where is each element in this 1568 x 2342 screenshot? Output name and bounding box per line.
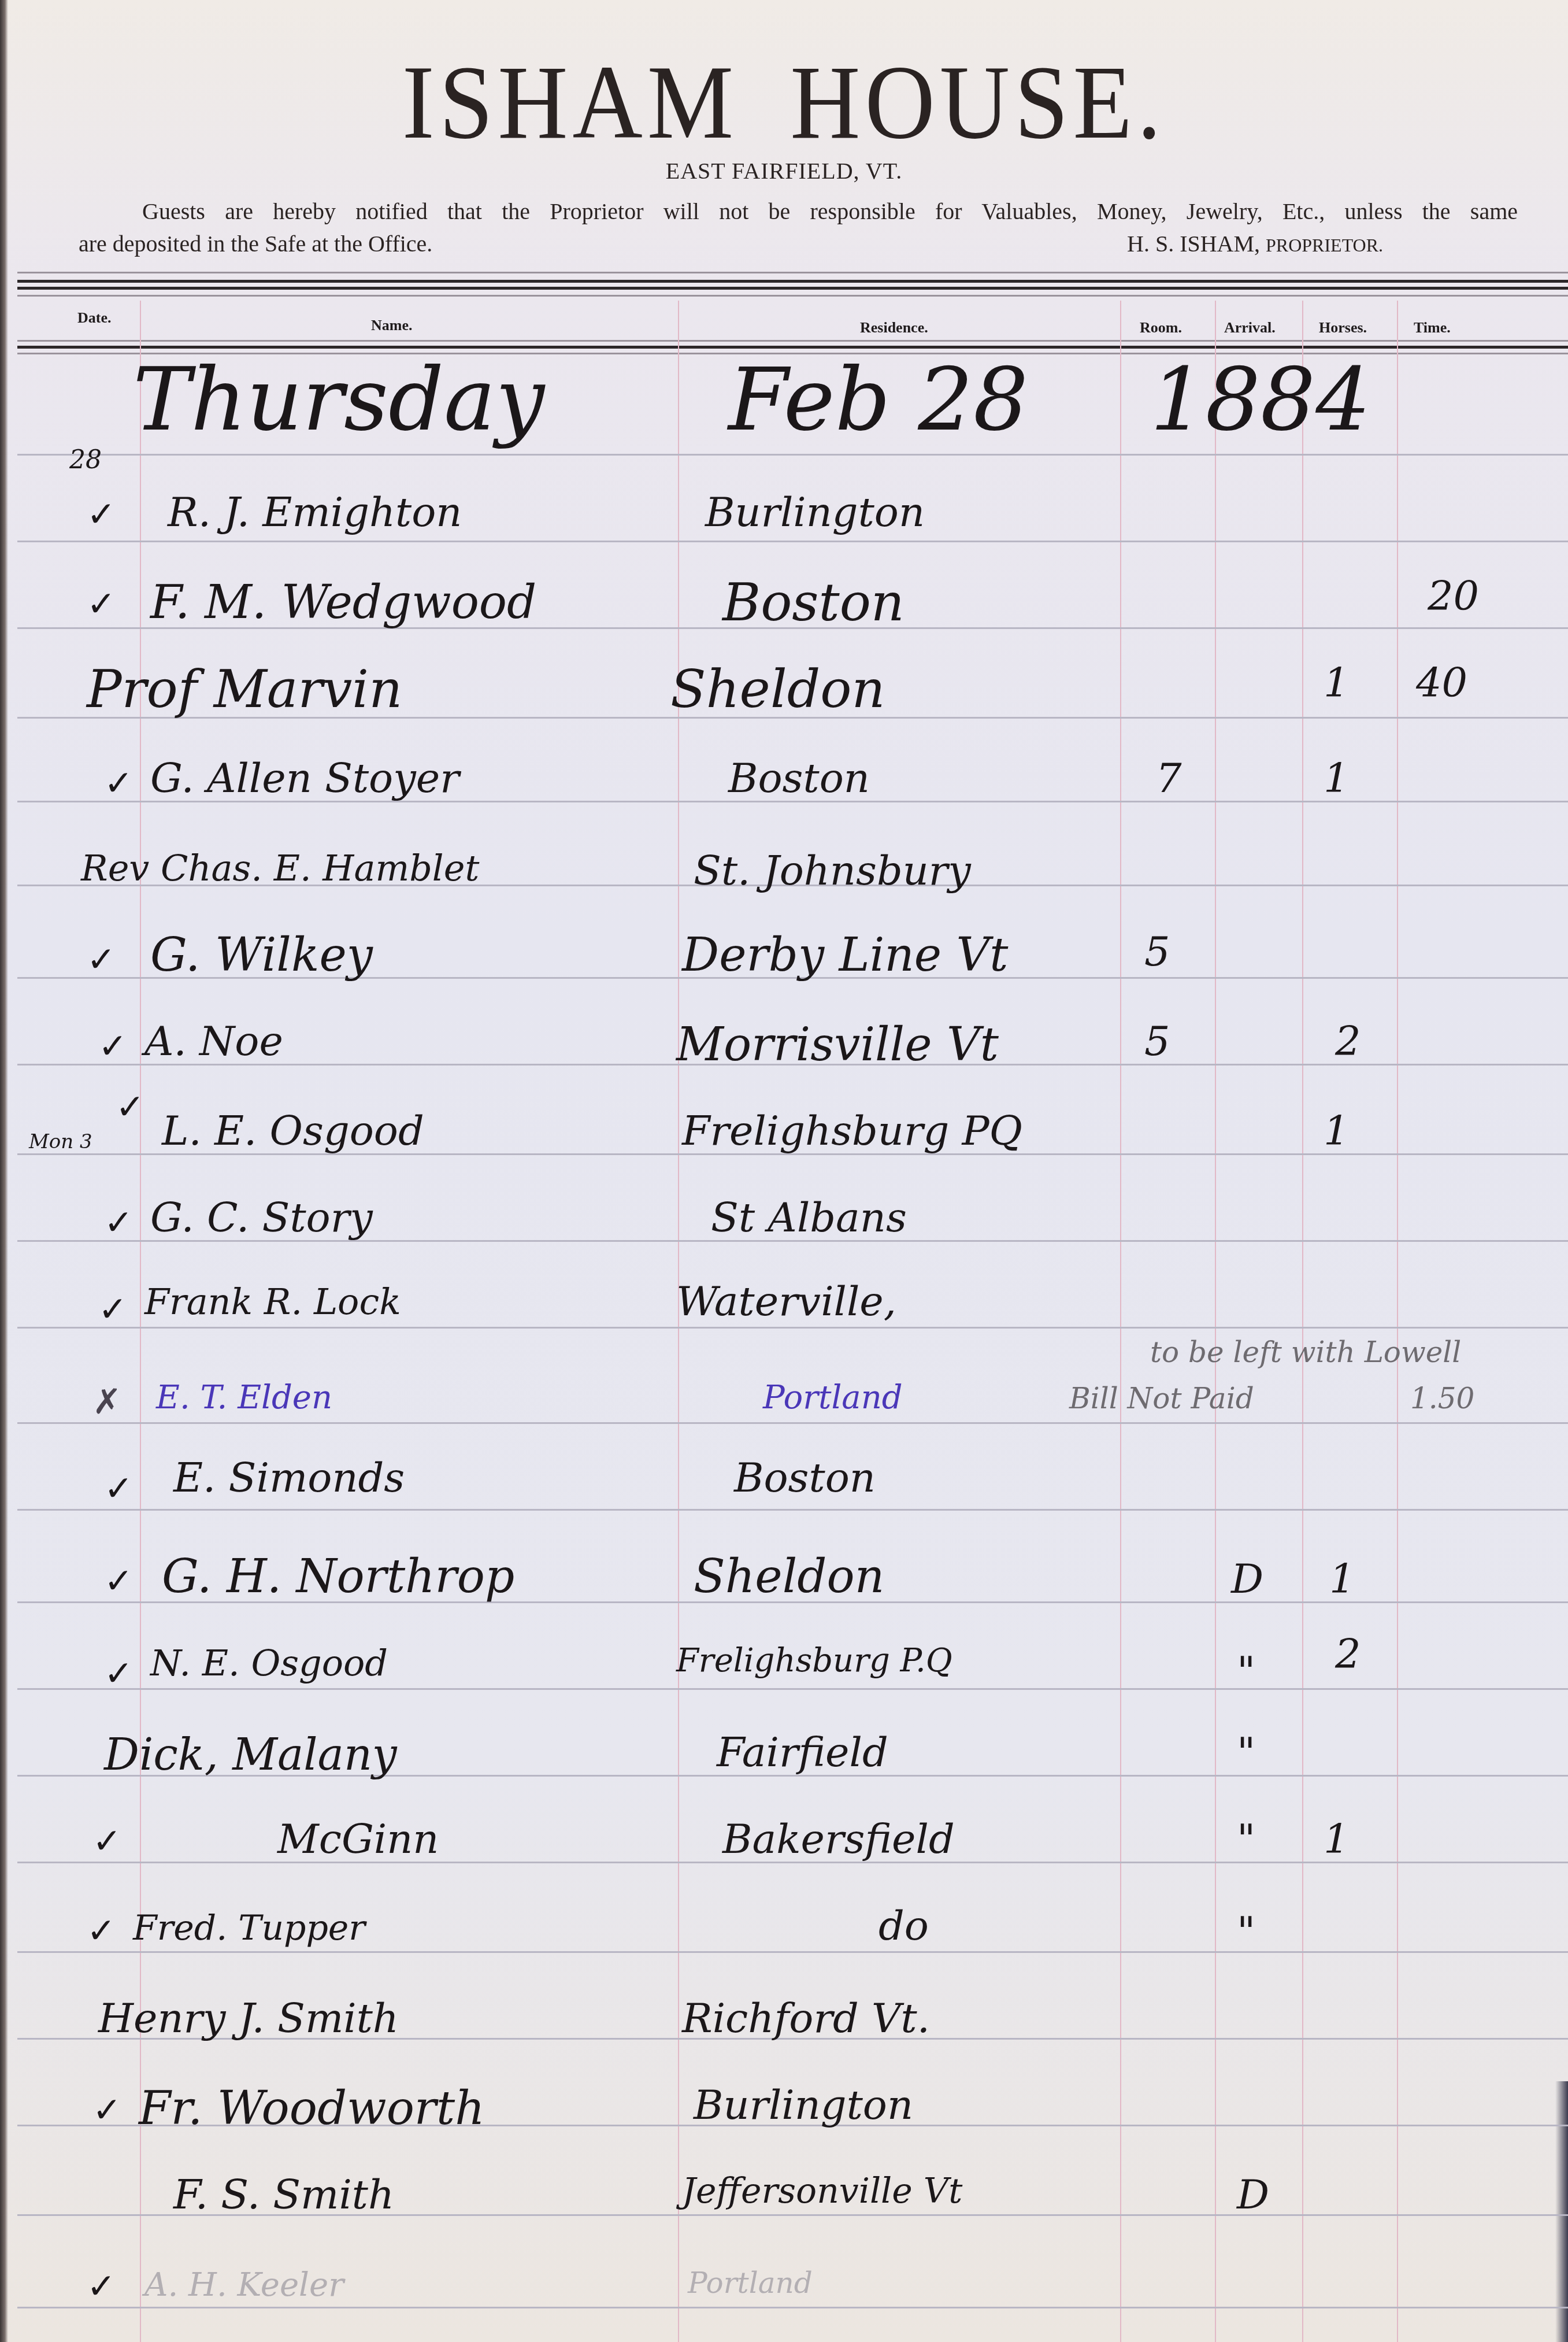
header-rule xyxy=(17,295,1568,297)
check-mark: ✓ xyxy=(92,2090,121,2130)
guest-name: E. T. Elden xyxy=(156,1379,332,1416)
notice-line-2: are deposited in the Safe at the Office. xyxy=(79,230,432,257)
guest-residence: Burlington xyxy=(694,2081,913,2129)
entry-date: Mon 3 xyxy=(29,1130,92,1153)
check-mark: ✓ xyxy=(87,939,116,980)
column-header-arrival: Arrival. xyxy=(1224,319,1276,336)
guest-residence: Jeffersonville Vt xyxy=(682,2171,962,2211)
guest-residence: Sheldon xyxy=(694,1549,884,1603)
guest-residence: Boston xyxy=(734,1454,876,1501)
guest-horses: 2 xyxy=(1335,1630,1361,1678)
check-mark: ✓ xyxy=(104,1653,133,1694)
guest-room: 5 xyxy=(1144,1018,1170,1065)
column-header-name: Name. xyxy=(371,317,412,334)
date-month-day: Feb 28 xyxy=(728,350,1028,450)
date-margin-note: 28 xyxy=(69,445,102,475)
date-year: 1884 xyxy=(1150,350,1371,450)
guest-residence: Boston xyxy=(722,572,905,633)
guest-room: 7 xyxy=(1156,754,1182,802)
column-header-residence: Residence. xyxy=(860,319,928,336)
guest-residence: Frelighsburg P.Q xyxy=(676,1642,952,1679)
guest-residence: Boston xyxy=(728,754,870,802)
guest-horses: 2 xyxy=(1335,1018,1361,1065)
guest-time: 40 xyxy=(1416,659,1467,706)
row-rule xyxy=(17,541,1568,542)
check-mark: ✓ xyxy=(104,1561,133,1601)
check-mark: ✓ xyxy=(87,584,116,624)
guest-arrival: " xyxy=(1237,1908,1255,1955)
guest-arrival: " xyxy=(1237,1648,1255,1695)
column-divider xyxy=(1397,301,1398,2342)
guest-name: Prof Marvin xyxy=(87,659,402,720)
cross-mark: ✗ xyxy=(92,1382,121,1422)
guest-name: G. Wilkey xyxy=(150,928,373,982)
hotel-register-page: ISHAMHOUSE. EAST FAIRFIELD, VT. Guests a… xyxy=(0,0,1568,2342)
check-mark: ✓ xyxy=(98,1026,127,1067)
row-rule xyxy=(17,1509,1568,1511)
column-header-rule xyxy=(17,346,1568,349)
guest-residence: Portland xyxy=(688,2266,813,2300)
guest-residence: Frelighsburg PQ xyxy=(682,1107,1022,1155)
column-header-date: Date. xyxy=(77,309,111,327)
guest-name: R. J. Emighton xyxy=(168,489,462,536)
guest-residence: Morrisville Vt xyxy=(676,1018,999,1071)
pencil-note-left-with: to be left with Lowell xyxy=(1150,1335,1461,1369)
column-divider xyxy=(1120,301,1121,2342)
guest-horses: 1 xyxy=(1324,1815,1350,1863)
proprietor-name: H. S. ISHAM, xyxy=(1127,231,1260,257)
header-rule xyxy=(17,280,1568,283)
check-mark: ✓ xyxy=(116,1087,144,1127)
guest-horses: 1 xyxy=(1329,1555,1355,1603)
column-divider xyxy=(1215,301,1216,2342)
guest-residence: Derby Line Vt xyxy=(682,928,1009,982)
check-mark: ✓ xyxy=(104,1203,133,1243)
check-mark: ✓ xyxy=(87,2266,116,2307)
guest-arrival: D xyxy=(1237,2171,1269,2218)
column-header-rule xyxy=(17,340,1568,342)
guest-name: E. Simonds xyxy=(173,1454,405,1501)
guest-name: G. C. Story xyxy=(150,1194,373,1241)
check-mark: ✓ xyxy=(87,494,116,535)
column-header-room: Room. xyxy=(1140,319,1182,336)
hotel-name-title: ISHAMHOUSE. xyxy=(0,43,1568,163)
column-divider xyxy=(1302,301,1303,2342)
guest-arrival: " xyxy=(1237,1815,1255,1863)
guest-name: Dick, Malany xyxy=(104,1729,397,1780)
guest-residence: St. Johnsbury xyxy=(694,847,971,894)
guest-name: Fr. Woodworth xyxy=(139,2081,485,2135)
title-word-1: ISHAM xyxy=(402,45,738,161)
check-mark: ✓ xyxy=(104,1468,133,1509)
guest-name: G. H. Northrop xyxy=(162,1549,514,1603)
guest-residence: Burlington xyxy=(705,489,925,536)
date-weekday: Thursday xyxy=(133,350,544,450)
guest-residence: do xyxy=(878,1902,929,1949)
row-rule xyxy=(17,2307,1568,2308)
row-rule xyxy=(17,1951,1568,1953)
guest-name: McGinn xyxy=(277,1815,439,1863)
guest-name: Henry J. Smith xyxy=(98,1995,399,2042)
book-binding-edge xyxy=(0,0,8,2342)
guest-name: F. M. Wedgwood xyxy=(150,575,536,629)
check-mark: ✓ xyxy=(104,763,133,804)
guest-arrival: " xyxy=(1237,1729,1255,1776)
pencil-note-amount: 1.50 xyxy=(1410,1382,1474,1415)
pencil-note-bill-unpaid: Bill Not Paid xyxy=(1069,1382,1254,1415)
guest-residence: Richford Vt. xyxy=(682,1995,930,2042)
guest-horses: 1 xyxy=(1324,1107,1350,1155)
guest-name: N. E. Osgood xyxy=(150,1642,388,1684)
column-header-time: Time. xyxy=(1414,319,1451,336)
guest-residence: Bakersfield xyxy=(722,1815,955,1863)
title-word-2: HOUSE. xyxy=(790,45,1166,161)
guest-horses: 1 xyxy=(1324,659,1350,706)
header-rule xyxy=(17,272,1568,273)
guest-name: Frank R. Lock xyxy=(144,1281,401,1323)
check-mark: ✓ xyxy=(98,1289,127,1330)
row-rule xyxy=(17,1422,1568,1424)
guest-residence: Portland xyxy=(763,1379,903,1416)
guest-time: 20 xyxy=(1428,572,1479,620)
guest-name: Fred. Tupper xyxy=(133,1908,365,1948)
hotel-location: EAST FAIRFIELD, VT. xyxy=(0,157,1568,184)
proprietor-title: PROPRIETOR. xyxy=(1266,235,1383,256)
guest-name: Rev Chas. E. Hamblet xyxy=(81,847,479,889)
guest-residence: St Albans xyxy=(711,1194,907,1241)
row-rule xyxy=(17,1688,1568,1690)
check-mark: ✓ xyxy=(87,1911,116,1951)
guest-arrival: D xyxy=(1231,1555,1263,1603)
notice-line-1: Guests are hereby notified that the Prop… xyxy=(142,198,1518,225)
guest-name: L. E. Osgood xyxy=(162,1107,424,1155)
guest-name: G. Allen Stoyer xyxy=(150,754,459,802)
row-rule xyxy=(17,1327,1568,1329)
proprietor-signature: H. S. ISHAM, PROPRIETOR. xyxy=(1127,230,1383,257)
guest-residence: Waterville, xyxy=(676,1278,896,1325)
guest-room: 5 xyxy=(1144,928,1170,975)
guest-name: A. H. Keeler xyxy=(144,2266,344,2304)
column-header-horses: Horses. xyxy=(1319,319,1367,336)
header-rule xyxy=(17,287,1568,290)
check-mark: ✓ xyxy=(92,1821,121,1862)
row-rule xyxy=(17,454,1568,456)
guest-name: A. Noe xyxy=(144,1018,283,1065)
guest-residence: Fairfield xyxy=(717,1729,888,1776)
guest-horses: 1 xyxy=(1324,754,1350,802)
guest-name: F. S. Smith xyxy=(173,2171,394,2218)
page-edge-shadow xyxy=(1555,2081,1568,2342)
guest-residence: Sheldon xyxy=(670,659,885,720)
